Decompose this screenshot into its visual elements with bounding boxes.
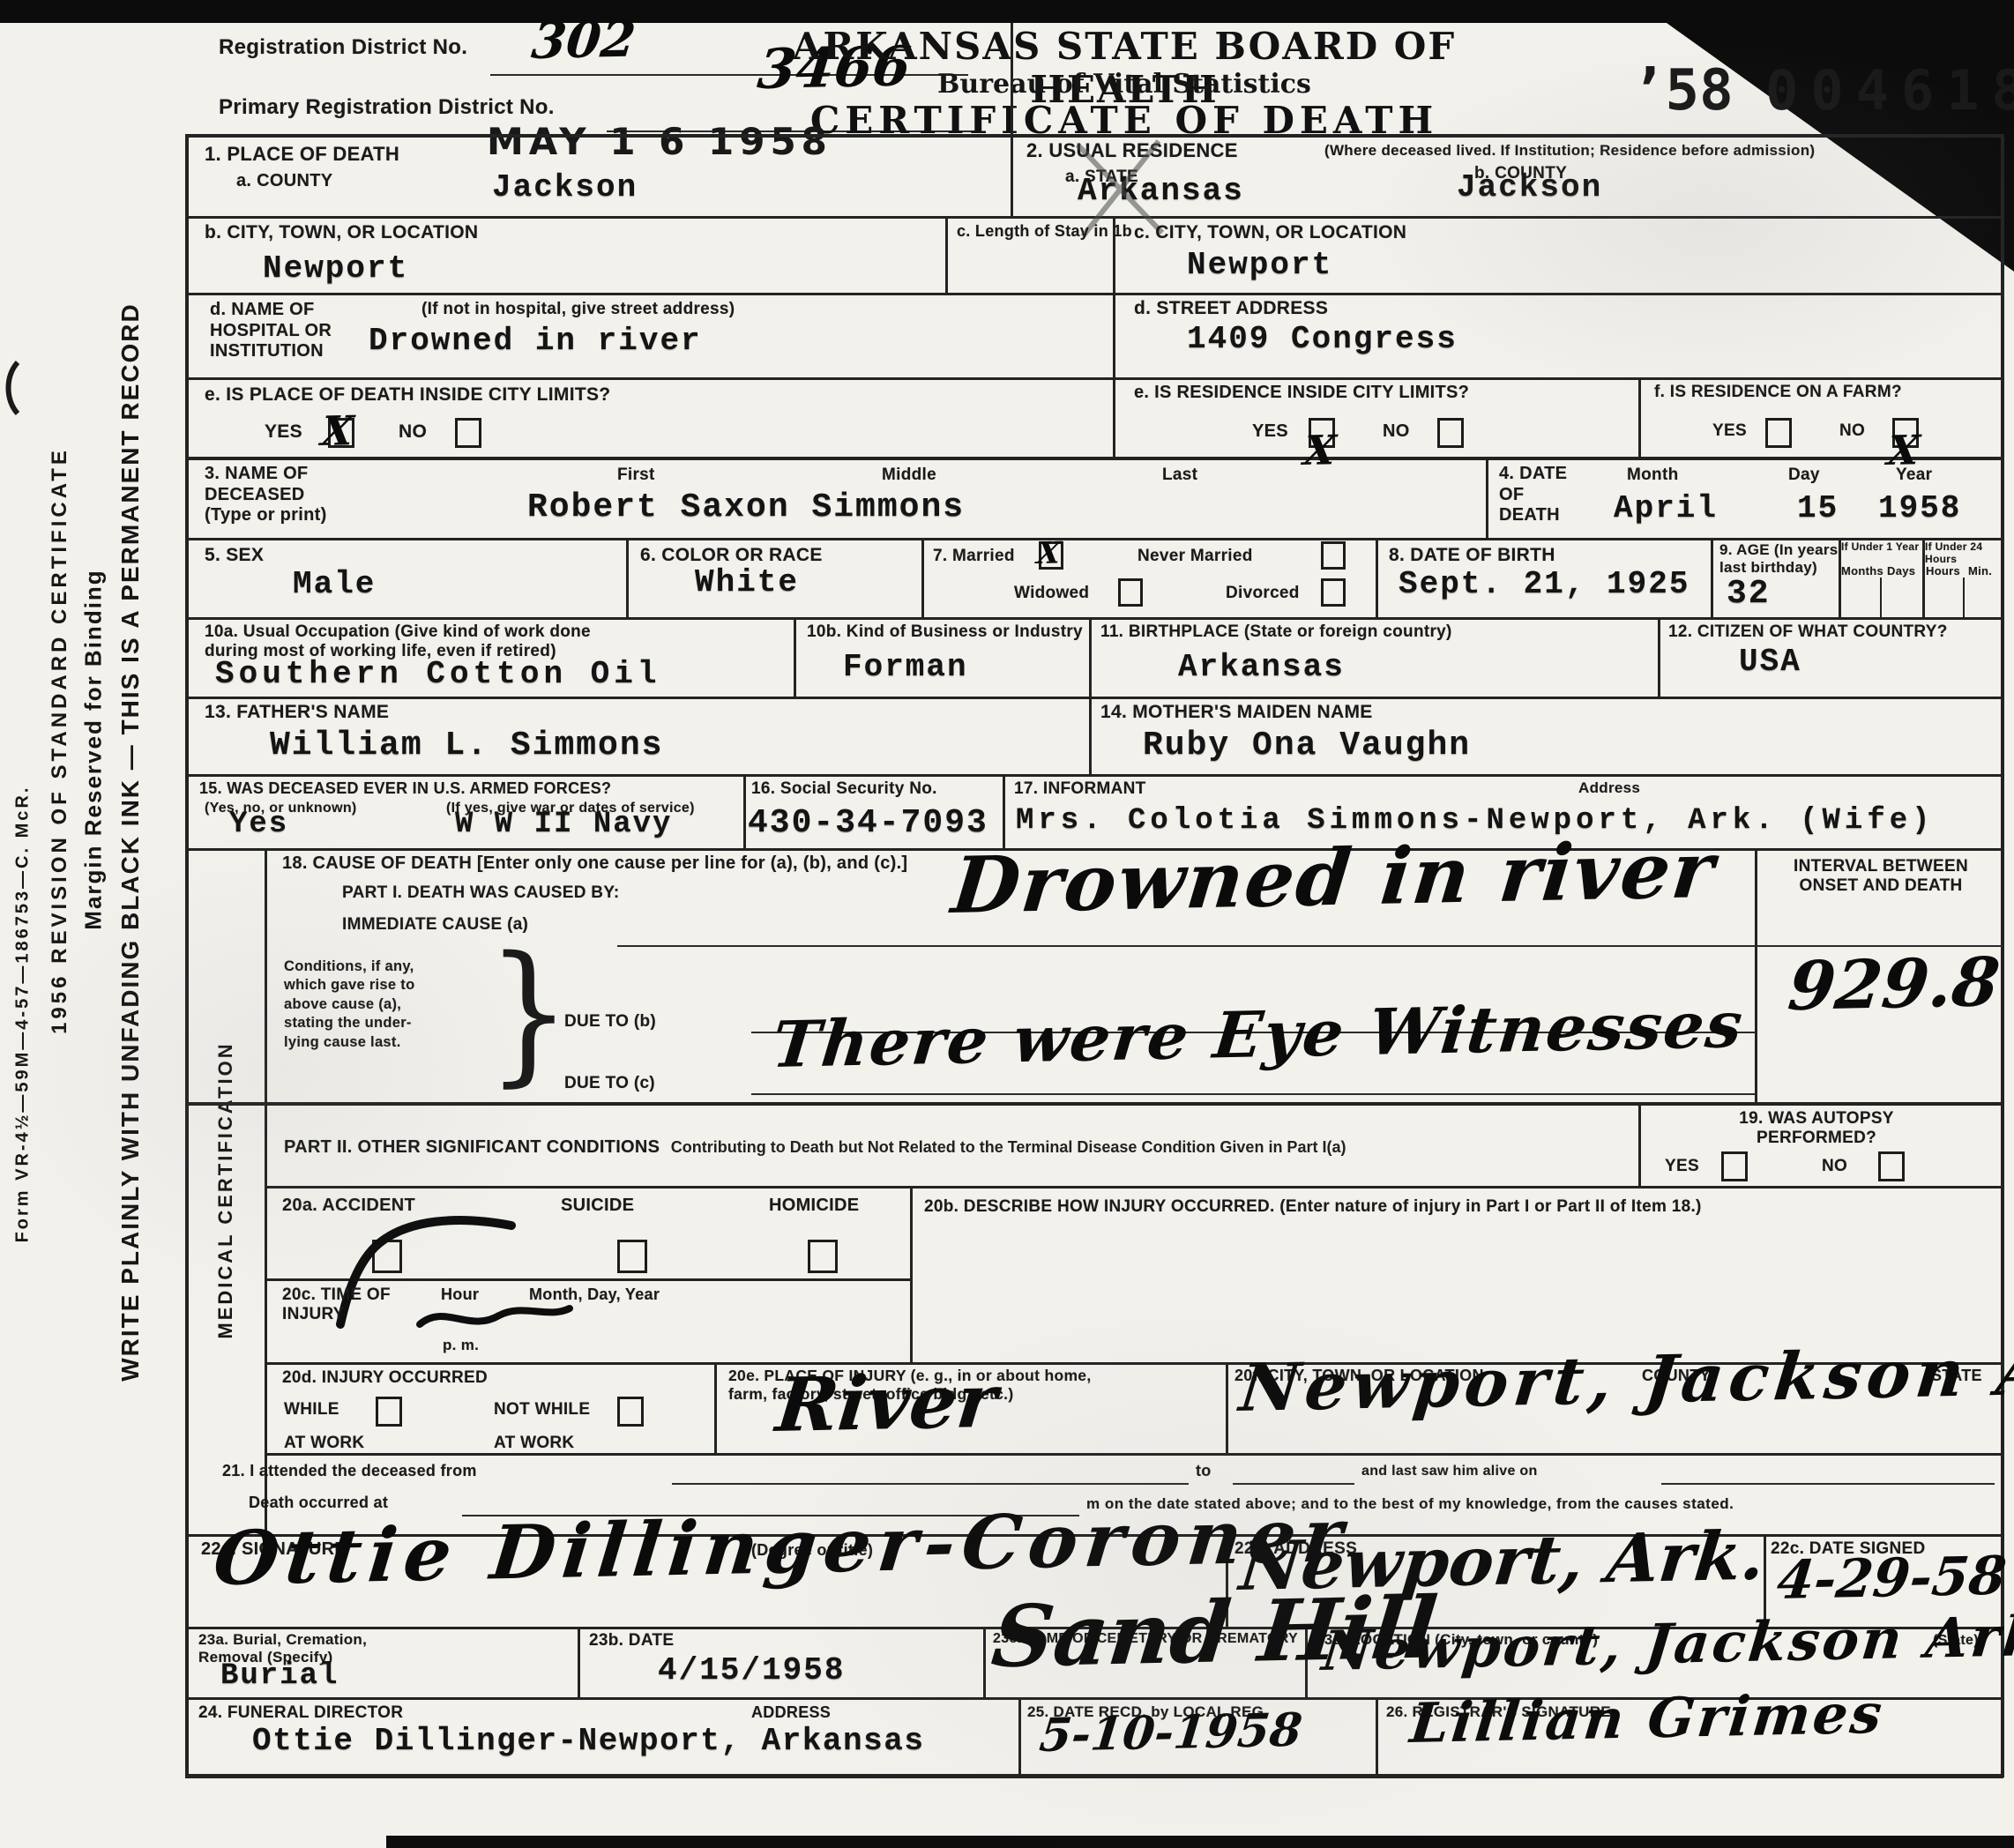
place-limits-yes-mark: X [319, 406, 355, 455]
pm-label: p. m. [443, 1337, 479, 1354]
street-address-label: d. STREET ADDRESS [1134, 298, 1328, 319]
name-middle-label: Middle [882, 466, 936, 485]
place-limits-no-checkbox [455, 418, 481, 448]
rule [743, 774, 746, 848]
certificate-number: 004618 [1765, 58, 2014, 123]
death-certificate-scan: Form VR-4½—59M—4-57—186753—C. McR. 1956 … [0, 0, 2014, 1848]
rule [626, 538, 629, 617]
immediate-cause-value: Drowned in river [948, 823, 1719, 931]
place-county-value: Jackson [492, 169, 638, 205]
injury-occurred-label: 20d. INJURY OCCURRED [282, 1368, 488, 1388]
rule [1658, 617, 1660, 697]
industry-value: Forman [843, 649, 968, 685]
part2-bold: PART II. OTHER SIGNIFICANT CONDITIONS [284, 1137, 660, 1157]
place-limits-label: e. IS PLACE OF DEATH INSIDE CITY LIMITS? [205, 384, 610, 406]
rule [910, 1186, 913, 1362]
marital-never-checkbox [1321, 541, 1346, 570]
residence-city-value: Newport [1187, 247, 1332, 283]
hospital-label: d. NAME OF HOSPITAL OR INSTITUTION [210, 300, 332, 362]
rule [1233, 1483, 1354, 1485]
interval-value: 929.8 [1785, 943, 2003, 1025]
dod-day-value: 15 [1797, 490, 1839, 526]
burial-date-value: 4/15/1958 [658, 1652, 845, 1688]
registrar-signature-value: Lillian Grimes [1407, 1681, 1887, 1755]
margin-permanent-record-note: WRITE PLAINLY WITH UNFADING BLACK INK — … [116, 302, 145, 1382]
informant-label: 17. INFORMANT [1014, 779, 1146, 799]
date-signed-value: 4-29-58 [1774, 1546, 2009, 1612]
mother-name-value: Ruby Ona Vaughn [1143, 727, 1471, 764]
rule [185, 134, 189, 1777]
due-to-b-label: DUE TO (b) [564, 1012, 656, 1032]
registration-district-value: 302 [529, 11, 638, 71]
residence-limits-no-label: NO [1383, 421, 1410, 442]
deceased-name-value: Robert Saxon Simmons [527, 488, 965, 526]
date-of-death-label: 4. DATE OF DEATH [1499, 464, 1567, 526]
injury-city-value: Newport, Jackson Ark [1236, 1332, 2014, 1427]
rule [751, 1093, 1755, 1095]
rule [1638, 377, 1641, 457]
race-value: White [695, 564, 799, 600]
margin-binding-note: Margin Reserved for Binding [80, 569, 108, 929]
rule [1963, 577, 1965, 617]
name-first-label: First [617, 466, 655, 485]
mother-name-label: 14. MOTHER'S MAIDEN NAME [1100, 702, 1373, 723]
scan-artifact-top-bar [0, 0, 2014, 23]
rule [185, 538, 2003, 540]
citizen-value: USA [1739, 644, 1801, 680]
birthplace-label: 11. BIRTHPLACE (State or foreign country… [1100, 622, 1452, 642]
days-label: Days [1887, 564, 1915, 577]
place-city-label: b. CITY, TOWN, OR LOCATION [205, 222, 478, 243]
not-while-at-work-label: AT WORK [494, 1434, 574, 1453]
rule [1089, 617, 1092, 697]
autopsy-yes-label: YES [1665, 1157, 1699, 1176]
received-date-stamp: MAY 1 6 1958 [487, 120, 832, 163]
rule [1880, 577, 1882, 617]
place-of-injury-value: River [772, 1357, 1001, 1449]
rule [185, 457, 2003, 460]
hospital-hint: (If not in hospital, give street address… [421, 300, 735, 319]
date-received-value: 5-10-1958 [1037, 1703, 1304, 1762]
not-while-at-work-checkbox [617, 1397, 644, 1427]
rule [921, 538, 924, 617]
death-occurred-label: Death occurred at [249, 1494, 388, 1512]
time-of-injury-label: 20c. TIME OF INJURY [282, 1285, 391, 1325]
cause-of-death-label: 18. CAUSE OF DEATH [Enter only one cause… [282, 853, 907, 874]
primary-district-label: Primary Registration District No. [219, 95, 555, 120]
place-city-value: Newport [263, 250, 408, 287]
rule [185, 377, 2003, 380]
age-value: 32 [1727, 575, 1771, 613]
rule [185, 617, 2003, 620]
cause-part1-label: PART I. DEATH WAS CAUSED BY: [342, 883, 620, 903]
autopsy-label: 19. WAS AUTOPSY PERFORMED? [1658, 1109, 1975, 1149]
ssn-label: 16. Social Security No. [751, 779, 937, 799]
rule [1638, 1102, 1641, 1186]
dod-year-value: 1958 [1878, 490, 1961, 526]
suicide-label: SUICIDE [561, 1196, 634, 1216]
burial-date-label: 23b. DATE [589, 1631, 674, 1651]
rule [1003, 774, 1005, 848]
rule [265, 848, 267, 1534]
residence-farm-label: f. IS RESIDENCE ON A FARM? [1654, 383, 1902, 402]
autopsy-no-checkbox [1878, 1151, 1905, 1181]
funeral-director-label: 24. FUNERAL DIRECTOR [198, 1703, 403, 1723]
scan-artifact-bottom-streak [386, 1836, 2014, 1848]
under-1-year-label: If Under 1 Year [1841, 540, 1919, 553]
farm-no-label: NO [1839, 421, 1865, 441]
father-name-label: 13. FATHER'S NAME [205, 702, 389, 723]
rule [983, 1627, 986, 1697]
farm-yes-checkbox [1765, 418, 1792, 448]
min-label: Min. [1968, 564, 1992, 577]
hour-scribble [414, 1294, 578, 1343]
rule [578, 1627, 580, 1697]
length-of-stay-label: c. Length of Stay in 1b [957, 222, 1132, 241]
marital-married-mark: X [1035, 535, 1063, 571]
industry-label: 10b. Kind of Business or Industry [807, 622, 1083, 642]
not-while-label: NOT WHILE [494, 1400, 590, 1420]
residence-limits-yes-mark: X [1302, 426, 1338, 474]
interval-label: INTERVAL BETWEEN ONSET AND DEATH [1762, 857, 2000, 897]
armed-forces-label: 15. WAS DECEASED EVER IN U.S. ARMED FORC… [199, 779, 611, 798]
usual-residence-hint: (Where deceased lived. If Institution; R… [1324, 142, 1815, 160]
burial-type-value: Burial [220, 1659, 339, 1693]
certificate-number-prefix: ’58 [1631, 58, 1734, 123]
funeral-director-address-label: ADDRESS [751, 1703, 831, 1722]
due-to-c-value: There were Eye Witnesses [769, 987, 1748, 1082]
residence-county-value: Jackson [1457, 169, 1602, 205]
accident-label: 20a. ACCIDENT [282, 1196, 415, 1216]
hours-label: Hours [1926, 564, 1960, 577]
race-label: 6. COLOR OR RACE [640, 545, 823, 566]
rule [617, 945, 1755, 947]
autopsy-no-label: NO [1822, 1157, 1847, 1176]
informant-address-label: Address [1578, 779, 1640, 797]
dod-month-label: Month [1627, 466, 1678, 485]
marital-widowed-checkbox [1118, 578, 1143, 607]
residence-limits-label: e. IS RESIDENCE INSIDE CITY LIMITS? [1134, 383, 1469, 403]
armed-forces-value: Yes [229, 808, 288, 841]
homicide-checkbox [808, 1240, 838, 1273]
rule [185, 697, 2003, 699]
medical-certification-label: MEDICAL CERTIFICATION [214, 1041, 237, 1338]
marital-widowed-label: Widowed [1014, 584, 1089, 603]
while-label: WHILE [284, 1400, 339, 1420]
bureau-subtitle: Bureau of Vital Statistics [750, 69, 1499, 100]
rule [1113, 216, 1115, 457]
marital-divorced-checkbox [1321, 578, 1346, 607]
rule [1376, 1697, 1378, 1774]
marital-divorced-label: Divorced [1226, 584, 1300, 603]
name-last-label: Last [1162, 466, 1197, 485]
attended-to-label: to [1196, 1462, 1212, 1480]
months-label: Months [1841, 564, 1883, 577]
rule [1755, 848, 1757, 1102]
describe-injury-label: 20b. DESCRIBE HOW INJURY OCCURRED. (Ente… [924, 1197, 1702, 1217]
registration-district-label: Registration District No. [219, 35, 467, 60]
sex-value: Male [293, 566, 376, 602]
rule [1486, 457, 1488, 538]
attended-from-label: 21. I attended the deceased from [222, 1462, 477, 1480]
occupation-value: Southern Cotton Oil [215, 656, 660, 692]
due-to-c-label: DUE TO (c) [564, 1074, 655, 1093]
part2-label: PART II. OTHER SIGNIFICANT CONDITIONS Co… [284, 1137, 1633, 1158]
homicide-label: HOMICIDE [769, 1196, 859, 1216]
rule [185, 1102, 2003, 1106]
autopsy-yes-checkbox [1721, 1151, 1748, 1181]
last-saw-alive-label: and last saw him alive on [1361, 1464, 1538, 1479]
place-limits-yes-label: YES [265, 421, 302, 443]
hospital-value: Drowned in river [369, 323, 702, 359]
rule [945, 216, 948, 293]
rule [185, 774, 2003, 777]
armed-forces-service-value: W W II Navy [455, 808, 672, 841]
part2-rest: Contributing to Death but Not Related to… [671, 1138, 1346, 1156]
margin-revision-note: 1956 REVISION OF STANDARD CERTIFICATE [48, 447, 72, 1034]
birth-date-label: 8. DATE OF BIRTH [1389, 545, 1555, 566]
rule [1089, 697, 1092, 774]
dod-month-value: April [1614, 490, 1718, 526]
place-of-death-label: 1. PLACE OF DEATH [205, 143, 399, 166]
rule [185, 293, 2003, 295]
suicide-checkbox [617, 1240, 647, 1273]
rule [265, 1453, 2003, 1456]
rule [714, 1362, 717, 1453]
farm-yes-label: YES [1712, 421, 1747, 441]
rule [1011, 23, 1013, 216]
rule [1711, 538, 1713, 617]
marital-never-label: Never Married [1138, 547, 1253, 566]
rule [1376, 538, 1378, 617]
residence-city-label: c. CITY, TOWN, OR LOCATION [1134, 222, 1406, 243]
birthplace-value: Arkansas [1178, 649, 1345, 685]
rule [185, 1774, 2003, 1778]
rule [1661, 1483, 1995, 1485]
birth-date-value: Sept. 21, 1925 [1399, 566, 1690, 602]
while-at-work-checkbox [376, 1397, 402, 1427]
residence-limits-yes-label: YES [1252, 421, 1288, 442]
marital-married-label: 7. Married [933, 547, 1015, 566]
citizen-label: 12. CITIZEN OF WHAT COUNTRY? [1668, 622, 1948, 642]
dod-day-label: Day [1788, 466, 1820, 485]
rule [185, 134, 2003, 138]
while-at-work-label: AT WORK [284, 1434, 364, 1453]
sex-label: 5. SEX [205, 545, 264, 566]
conditions-note: Conditions, if any, which gave rise to a… [284, 958, 414, 1052]
rule [1226, 1362, 1228, 1453]
street-address-value: 1409 Congress [1187, 321, 1458, 357]
place-limits-no-label: NO [399, 421, 427, 443]
rule [265, 1186, 2003, 1189]
deceased-name-label: 3. NAME OF DECEASED (Type or print) [205, 464, 327, 526]
place-county-label: a. COUNTY [236, 171, 332, 191]
margin-form-number: Form VR-4½—59M—4-57—186753—C. McR. [13, 786, 34, 1243]
residence-limits-no-checkbox [1437, 418, 1464, 448]
under-24-hours-label: If Under 24 Hours [1925, 540, 2014, 565]
dod-year-label: Year [1896, 466, 1932, 485]
rule [672, 1483, 1189, 1485]
age-label: 9. AGE (In years last birthday) [1719, 541, 1839, 577]
conditions-brace: } [487, 925, 571, 1101]
ssn-value: 430-34-7093 [748, 804, 988, 842]
funeral-director-value: Ottie Dillinger-Newport, Arkansas [252, 1723, 924, 1759]
scan-artifact-left-paren [2, 360, 21, 416]
rule [794, 617, 796, 697]
rule [1018, 1697, 1021, 1774]
father-name-value: William L. Simmons [270, 727, 663, 764]
